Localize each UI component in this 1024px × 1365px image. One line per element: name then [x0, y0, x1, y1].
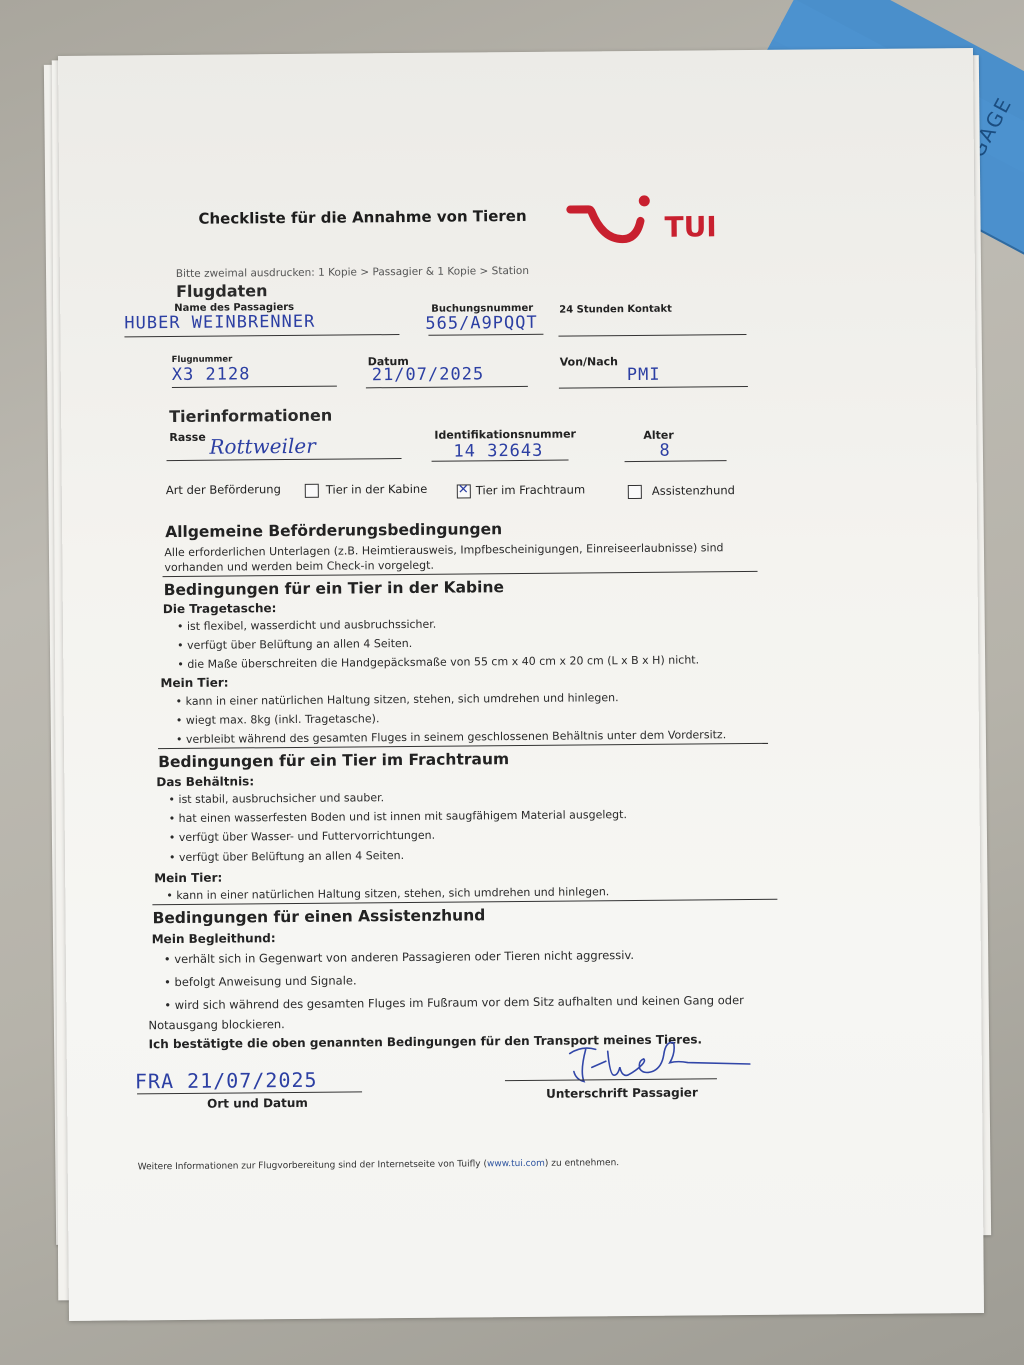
transport-type-label: Art der Beförderung	[166, 482, 281, 497]
id-number-label: Identifikationsnummer	[434, 427, 576, 441]
animal-info-heading: Tierinformationen	[169, 406, 332, 426]
passenger-signature[interactable]	[562, 1030, 763, 1092]
document-title: Checkliste für die Annahme von Tieren	[198, 207, 526, 228]
emergency-contact-line	[558, 334, 746, 337]
cabin-checkbox[interactable]	[305, 484, 319, 498]
print-instructions: Bitte zweimal ausdrucken: 1 Kopie > Pass…	[176, 265, 529, 280]
bag-item: • ist flexibel, wasserdicht und ausbruch…	[177, 618, 436, 633]
cabin-animal-item: • kann in einer natürlichen Haltung sitz…	[176, 691, 619, 708]
container-item: • verfügt über Wasser- und Futtervorrich…	[169, 829, 435, 844]
place-date-field[interactable]: FRA 21/07/2025	[135, 1068, 318, 1094]
container-subheading: Das Behältnis:	[156, 774, 254, 789]
age-line	[625, 460, 727, 462]
dog-item: • verhält sich in Gegenwart von anderen …	[164, 948, 634, 966]
dog-item: • befolgt Anweisung und Signale.	[164, 973, 357, 989]
signature-label: Unterschrift Passagier	[546, 1085, 698, 1100]
general-conditions-text: Alle erforderlichen Unterlagen (z.B. Hei…	[164, 541, 723, 559]
emergency-contact-label: 24 Stunden Kontakt	[559, 304, 672, 316]
bag-item: • die Maße überschreiten die Handgepäcks…	[177, 653, 699, 671]
id-number-line	[432, 460, 569, 462]
container-item: • verfügt über Belüftung an allen 4 Seit…	[169, 849, 404, 864]
cabin-conditions-heading: Bedingungen für ein Tier in der Kabine	[164, 578, 504, 599]
dog-item-continuation: Notausgang blockieren.	[148, 1017, 284, 1032]
booking-number-line	[428, 334, 543, 336]
cabin-option-label: Tier in der Kabine	[326, 482, 428, 497]
tui-website-link[interactable]: www.tui.com	[487, 1159, 545, 1170]
cargo-animal-item: • kann in einer natürlichen Haltung sitz…	[166, 885, 609, 902]
breed-line	[167, 458, 402, 461]
booking-number-field[interactable]: 565/A9PQQT	[425, 313, 538, 334]
assistance-dog-option-label: Assistenzhund	[652, 483, 735, 498]
age-field[interactable]: 8	[659, 441, 670, 461]
from-to-line	[559, 386, 748, 389]
svg-text:TUI: TUI	[664, 210, 717, 243]
cargo-checkbox[interactable]	[457, 484, 471, 498]
place-date-label: Ort und Datum	[207, 1096, 308, 1111]
cargo-animal-subheading: Mein Tier:	[154, 871, 222, 886]
flight-data-heading: Flugdaten	[176, 281, 268, 301]
flight-number-label: Flugnummer	[172, 354, 233, 365]
from-to-field[interactable]: PMI	[627, 365, 661, 385]
dog-item: • wird sich während des gesamten Fluges …	[164, 993, 744, 1012]
flight-number-line	[172, 386, 337, 388]
flight-number-field[interactable]: X3 2128	[172, 364, 251, 385]
from-to-label: Von/Nach	[560, 355, 618, 369]
general-conditions-heading: Allgemeine Beförderungsbedingungen	[165, 520, 502, 541]
bag-subheading: Die Tragetasche:	[163, 601, 277, 616]
general-conditions-text: vorhanden und werden beim Check-in vorge…	[164, 559, 434, 574]
tui-logo-icon: TUI	[564, 190, 735, 251]
assistance-dog-checkbox[interactable]	[628, 485, 642, 499]
cabin-animal-item: • wiegt max. 8kg (inkl. Tragetasche).	[176, 712, 380, 727]
passenger-name-field[interactable]: HUBER WEINBRENNER	[124, 312, 315, 334]
breed-label: Rasse	[169, 431, 206, 444]
date-field[interactable]: 21/07/2025	[372, 364, 485, 385]
checklist-document: Checkliste für die Annahme von Tieren TU…	[58, 48, 984, 1321]
cabin-animal-subheading: Mein Tier:	[160, 676, 228, 691]
container-item: • hat einen wasserfesten Boden und ist i…	[169, 808, 627, 825]
cargo-conditions-heading: Bedingungen für ein Tier im Frachtraum	[158, 750, 509, 771]
cargo-option-label: Tier im Frachtraum	[476, 482, 585, 497]
assistance-conditions-heading: Bedingungen für einen Assistenzhund	[152, 906, 485, 927]
breed-field[interactable]: Rottweiler	[209, 434, 316, 459]
passenger-name-line	[124, 334, 399, 337]
bag-item: • verfügt über Belüftung an allen 4 Seit…	[177, 637, 412, 652]
footer-note: Weitere Informationen zur Flugvorbereitu…	[138, 1158, 620, 1172]
container-item: • ist stabil, ausbruchsicher und sauber.	[168, 791, 384, 806]
date-line	[366, 386, 528, 388]
id-number-field[interactable]: 14 32643	[453, 441, 543, 462]
dog-subheading: Mein Begleithund:	[152, 931, 276, 946]
